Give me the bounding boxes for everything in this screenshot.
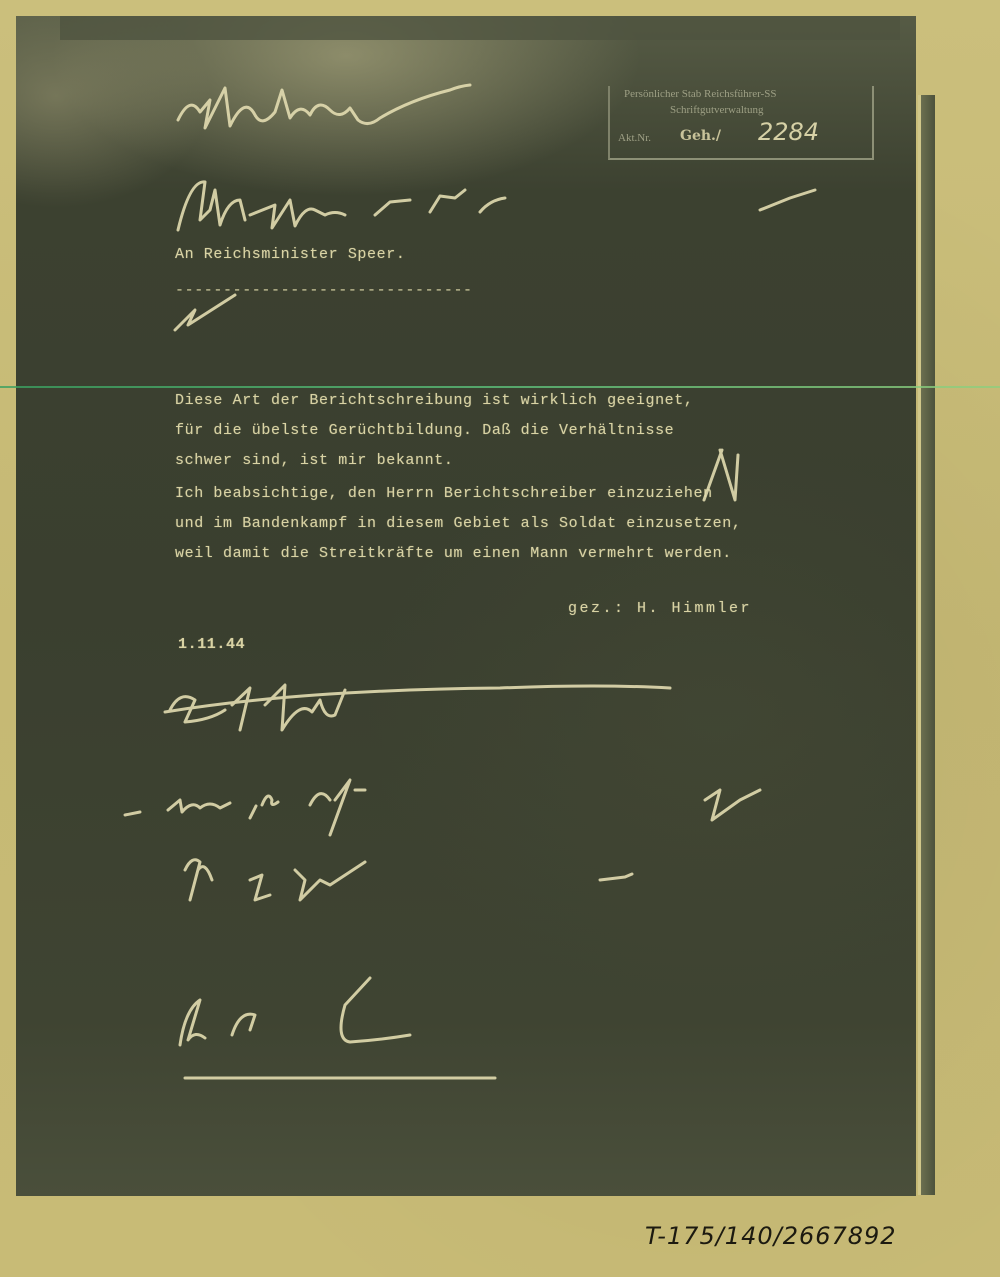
- stamp-line-2: Schriftgutverwaltung: [670, 104, 763, 116]
- body-p1-line1: Diese Art der Berichtschreibung ist wirk…: [175, 392, 693, 409]
- photo-top-band: [60, 16, 900, 40]
- recipient-line: An Reichsminister Speer.: [175, 246, 405, 263]
- stamp-geh-label: Geh./: [680, 128, 721, 144]
- body-p1-line3: schwer sind, ist mir bekannt.: [175, 452, 453, 469]
- stamp-line-1: Persönlicher Stab Reichsführer-SS: [624, 88, 777, 100]
- date-line: 1.11.44: [178, 636, 245, 653]
- signature-line: gez.: H. Himmler: [568, 600, 752, 617]
- scan-artifact-line: [0, 386, 1000, 388]
- body-p2-line1: Ich beabsichtige, den Herrn Berichtschre…: [175, 485, 713, 502]
- stamp-number: 2284: [758, 118, 819, 146]
- stamp-prefix: Akt.Nr.: [618, 132, 651, 144]
- document-photo: [16, 16, 916, 1196]
- body-p1-line2: für die übelste Gerüchtbildung. Daß die …: [175, 422, 674, 439]
- archive-reference: T-175/140/2667892: [645, 1222, 897, 1250]
- recipient-underline: -------------------------------: [175, 282, 473, 299]
- right-edge-strip: [918, 95, 935, 1195]
- registry-stamp: Persönlicher Stab Reichsführer-SS Schrif…: [608, 86, 874, 160]
- body-p2-line2: und im Bandenkampf in diesem Gebiet als …: [175, 515, 742, 532]
- body-p2-line3: weil damit die Streitkräfte um einen Man…: [175, 545, 732, 562]
